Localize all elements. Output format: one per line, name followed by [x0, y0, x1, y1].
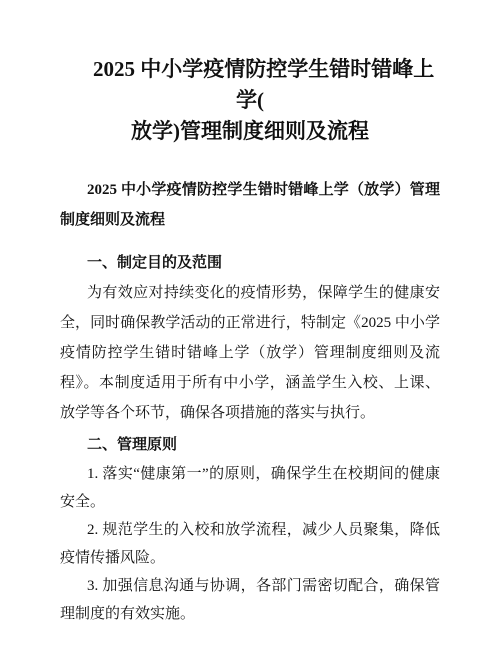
document-title-line1: 2025 中小学疫情防控学生错时错峰上学(: [93, 57, 434, 112]
section-heading-purpose-scope: 一、制定目的及范围: [60, 248, 440, 278]
section-heading-management-principles: 二、管理原则: [60, 430, 440, 460]
principle-item-2: 2. 规范学生的入校和放学流程，减少人员聚集，降低疫情传播风险。: [60, 516, 440, 572]
document-title-line2: 放学)管理制度细则及流程: [131, 119, 369, 143]
principle-item-1: 1. 落实“健康第一”的原则，确保学生在校期间的健康安全。: [60, 460, 440, 516]
principle-item-3: 3. 加强信息沟通与协调，各部门需密切配合，确保管理制度的有效实施。: [60, 572, 440, 628]
document-page: 2025 中小学疫情防控学生错时错峰上学(放学)管理制度细则及流程 2025 中…: [0, 0, 500, 647]
document-title: 2025 中小学疫情防控学生错时错峰上学(放学)管理制度细则及流程: [60, 54, 440, 147]
section-purpose-paragraph: 为有效应对持续变化的疫情形势，保障学生的健康安全，同时确保教学活动的正常进行，特…: [60, 278, 440, 428]
document-subtitle: 2025 中小学疫情防控学生错时错峰上学（放学）管理制度细则及流程: [60, 175, 440, 235]
